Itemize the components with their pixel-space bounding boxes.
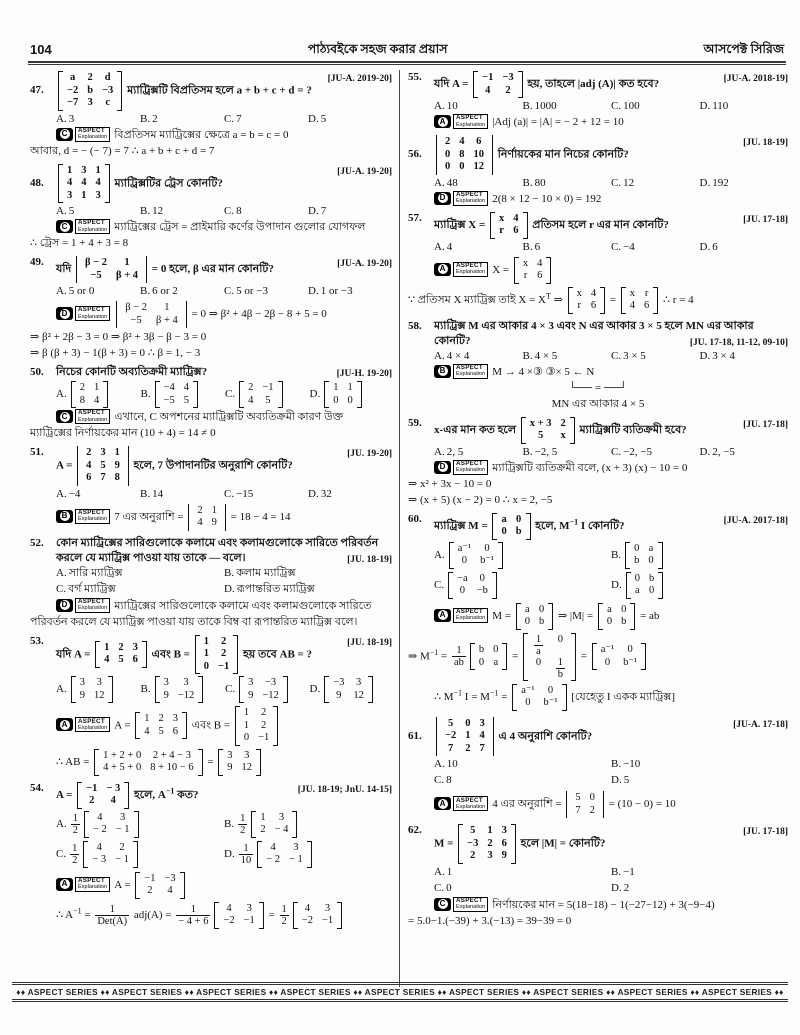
matrix-cell: 0 [627, 644, 632, 657]
matrix-cell: 0 [558, 634, 563, 657]
matrix-cells: 0ba0 [631, 572, 659, 599]
option-label: D. [308, 113, 319, 125]
fraction: 12 [238, 813, 247, 836]
option-label: A. [56, 488, 67, 500]
option-label: B. [523, 350, 533, 362]
answer-letter-icon: D [56, 307, 73, 320]
bracket-right [273, 706, 278, 746]
question-number: 57. [408, 211, 434, 226]
explanation-line: AASPECTExplanation|Adj (a)| = |A| = − 2 … [434, 115, 788, 130]
explanation-line: ∴ A−1 = 1Det(A) adj(A) = 1− 4 + 643−2−1 … [56, 901, 392, 930]
option-label: A. [434, 549, 445, 561]
matrix-cells: a⁻¹00b⁻¹ [517, 684, 561, 711]
option-C: C.100 [611, 99, 700, 114]
option-C: C.−4 [611, 240, 700, 255]
matrix-cell: 2 [118, 642, 123, 655]
header-right-title: আসপেক্ট সিরিজ [704, 42, 784, 57]
matrix-cell: − 1 [115, 854, 129, 867]
matrix: a⁻¹00b⁻¹ [512, 684, 566, 711]
aspect-explanation-label: ASPECTExplanation [453, 262, 488, 277]
matrix-cells: 43−2−1 [298, 902, 337, 929]
explanation-line: └── = ──┘ [408, 381, 788, 396]
matrix-cell: 4 + 5 + 0 [103, 762, 141, 775]
option-label: D. [700, 241, 711, 253]
option-label: C. [611, 350, 621, 362]
bracket-right [562, 684, 567, 711]
options-row: A.48B.80C.12D.192 [434, 176, 788, 191]
matrix-cell: β − 2 [85, 257, 107, 270]
answer-badge: AASPECTExplanation [434, 608, 488, 623]
fraction: 1ab [452, 645, 466, 668]
option-label: B. [611, 549, 621, 561]
aspect-explanation-label: ASPECTExplanation [75, 127, 110, 142]
answer-letter-icon: C [56, 128, 73, 141]
det-bar-left [116, 301, 117, 328]
option-C: C.3−39−12 [225, 675, 308, 704]
aspect-explanation-label: ASPECTExplanation [75, 598, 110, 613]
question-56: 56.24608100012 নির্ণায়কের মান নিচের কোন… [408, 134, 788, 207]
option-label: B. [523, 241, 533, 253]
bracket-right [546, 257, 551, 284]
option-label: A. [434, 100, 445, 112]
option-D: D.3 × 4 [700, 349, 789, 364]
matrix-cell: 0 [465, 718, 470, 731]
matrix-cell: 4 [94, 395, 99, 408]
matrix-cell: 7 [100, 472, 105, 485]
matrix-cell: a [493, 657, 498, 670]
matrix-cell: 3 [96, 190, 101, 203]
matrix: x4r6 [514, 257, 552, 284]
aspect-explanation-label: ASPECTExplanation [75, 509, 110, 524]
option-label: A. [56, 818, 67, 830]
question-51: 51.A = 231459678 হলে, 7 উপাদানটির অনুরাশ… [30, 445, 392, 532]
explanation-line: AASPECTExplanationA = 123456 এবং B = 121… [56, 705, 392, 747]
matrix-cells: b00a [475, 643, 503, 670]
bracket-right [600, 287, 605, 314]
matrix-cell: 10 [474, 149, 485, 162]
options-row: A.1243− 2− 1B.12132− 4C.1242− 3− 1D.1104… [56, 810, 392, 870]
answer-badge: CASPECTExplanation [434, 897, 488, 912]
determinant: β − 21−5β + 4 [76, 256, 147, 283]
matrix: 2184 [71, 381, 109, 408]
matrix-cell: 0 [445, 149, 450, 162]
question-reference: [JU. 17-18] [743, 825, 788, 840]
matrix-cell: −1 [86, 783, 97, 796]
matrix: 43− 2− 1 [84, 811, 139, 838]
question-reference: [JU-A. 2018-19] [724, 72, 788, 87]
answer-letter-icon: D [434, 192, 451, 205]
matrix-cell: 4 [96, 177, 101, 190]
explanation: CASPECTExplanationম্যাট্রিক্সের ট্রেস = … [56, 220, 392, 251]
bracket-right [283, 676, 288, 703]
option-B: B.4 × 5 [523, 349, 612, 364]
matrix-cell: 1 [487, 825, 492, 838]
matrix-cells: 123456 [140, 712, 182, 739]
option-D: D.7 [308, 204, 392, 219]
matrix-cell: 4 [97, 812, 102, 825]
option-C: C.8 [224, 204, 308, 219]
matrix: −a00−b [448, 572, 497, 599]
matrix: 3−39−12 [239, 676, 288, 703]
question-text: ম্যাট্রিক্স M = a00b হলে, M−1 I কোনটি? [… [434, 512, 788, 541]
matrix-cell: 2 [561, 418, 566, 431]
matrix-cell: 3 [325, 903, 330, 916]
aspect-explanation-label: ASPECTExplanation [453, 191, 488, 206]
matrix-cell: 1 [94, 382, 99, 395]
option-A: A.33912 [56, 675, 139, 704]
option-label: B. [224, 818, 234, 830]
question-number: 58. [408, 319, 434, 334]
explanation-line: AASPECTExplanation4 এর অনুরাশি = 5072 = … [434, 790, 788, 819]
answer-badge: CASPECTExplanation [56, 219, 110, 234]
explanation-line: ⇒ β (β + 3) − 1(β + 3) = 0 ∴ β = 1, − 3 [30, 346, 392, 361]
matrix-cell: b⁻¹ [623, 657, 637, 670]
answer-badge: AASPECTExplanation [434, 262, 488, 277]
option-label: D. [611, 774, 622, 786]
option-C: C.বর্গ ম্যাট্রিক্স [56, 582, 224, 597]
options-row: A.2, 5B.−2, 5C.−2, −5D.2, −5 [434, 445, 788, 460]
matrix-cell: 1 [104, 642, 109, 655]
matrix-cell: 0 [525, 616, 530, 629]
matrix-cell: 1 [164, 302, 169, 315]
matrix-cell: β + 4 [116, 270, 138, 283]
option-A: A.সারি ম্যাট্রিক্স [56, 566, 224, 581]
matrix-cell: d [105, 72, 111, 85]
explanation-line: DASPECTExplanationম্যাট্রিক্সটি ব্যতিক্র… [434, 461, 788, 476]
matrix-cell: 2 [505, 85, 510, 98]
matrix-cell: 0 [484, 543, 489, 556]
option-C: C.12 [611, 176, 700, 191]
explanation-line: AASPECTExplanationM = a00b ⇒ |M| = a00b … [434, 602, 788, 631]
explanation-line: DASPECTExplanation2(8 × 12 − 10 × 0) = 1… [434, 192, 788, 207]
matrix-cell: 3 [293, 842, 298, 855]
option-A: A.−4 [56, 487, 140, 502]
question-number: 48. [30, 176, 56, 191]
matrix: 339−12 [155, 676, 204, 703]
question-48: 48.131444313 ম্যাট্রিক্সটির ট্রেস কোনটি?… [30, 163, 392, 252]
matrix-cells: 12120−1 [200, 635, 233, 675]
matrix-cell: 6 [537, 270, 542, 283]
option-label: A. [56, 388, 67, 400]
option-label: C. [611, 177, 621, 189]
aspect-explanation-label: ASPECTExplanation [453, 114, 488, 129]
question-line: 55.যদি A = −1−342 হয়, তাহলে |adj (A)| ক… [408, 70, 788, 99]
matrix-cell: −2 [302, 915, 313, 928]
matrix-cell: 1 [244, 720, 249, 733]
matrix-cell: 4 [197, 517, 202, 530]
matrix-cell: −12 [262, 690, 278, 703]
explanation-line: ∴ AB = 1 + 2 + 02 + 4 − 34 + 5 + 08 + 10… [56, 748, 392, 777]
matrix-cells: 2184 [76, 381, 104, 408]
option-label: C. [434, 579, 444, 591]
option-label: B. [523, 100, 533, 112]
question-number: 53. [30, 634, 56, 649]
options-row: A.a⁻¹00b⁻¹B.0ab0C.−a00−bD.0ba0 [434, 541, 788, 601]
matrix-cells: xr46 [626, 287, 654, 314]
matrix-cell: a [70, 72, 75, 85]
matrix-cell: − 3 [106, 783, 120, 796]
option-B: B.339−12 [141, 675, 224, 704]
aspect-explanation-label: ASPECTExplanation [453, 897, 488, 912]
option-label: A. [434, 758, 445, 770]
option-D: D.5 [611, 773, 788, 788]
fraction: 110 [239, 843, 254, 866]
matrix-cell: 3 [120, 812, 125, 825]
option-label: D. [308, 285, 319, 297]
matrix: a⁻¹00b⁻¹ [449, 542, 503, 569]
matrix-cell: 2 [261, 720, 266, 733]
answer-letter-icon: D [434, 461, 451, 474]
question-text: 131444313 ম্যাট্রিক্সটির ট্রেস কোনটি? [J… [56, 163, 392, 205]
options-row: A.10B.−10C.8D.5 [434, 757, 788, 789]
aspect-explanation-label: ASPECTExplanation [75, 306, 110, 321]
matrix: 1 + 2 + 02 + 4 − 34 + 5 + 08 + 10 − 6 [94, 749, 202, 776]
matrix-cell: 3 [487, 850, 492, 863]
matrix-cell: 6 [591, 300, 596, 313]
option-label: B. [523, 177, 533, 189]
matrix-cells: 33912 [223, 749, 256, 776]
option-label: B. [140, 113, 150, 125]
matrix-cell: x [577, 288, 582, 301]
matrix-cell: 8 [80, 395, 85, 408]
matrix-cell: −1 [258, 732, 269, 745]
option-B: B.−2, 5 [523, 445, 612, 460]
matrix: 42− 3− 1 [83, 841, 138, 868]
bracket-right [193, 381, 198, 408]
matrix-cell: − 1 [289, 854, 303, 867]
matrix-cell: 0 [462, 555, 467, 568]
matrix-cell: 3 [164, 677, 169, 690]
page-header: 104 পাঠ্যবইকে সহজ করার প্রয়াস আসপেক্ট স… [30, 42, 784, 57]
option-B: B.0ab0 [611, 541, 788, 570]
question-reference: [JU-A. 19-20] [337, 165, 392, 180]
option-B: B.6 or 2 [140, 284, 224, 299]
explanation: AASPECTExplanation4 এর অনুরাশি = 5072 = … [434, 790, 788, 819]
matrix-cell: 9 [502, 850, 507, 863]
explanation: AASPECTExplanationA = −1−324∴ A−1 = 1Det… [56, 871, 392, 930]
explanation-line: CASPECTExplanationনির্ণায়কের মান = 5(18… [434, 898, 788, 913]
matrix-cell: − 1 [116, 824, 130, 837]
matrix-cell: − 2 [93, 824, 107, 837]
option-B: B.−10 [611, 757, 788, 772]
answer-letter-icon: A [434, 797, 451, 810]
question-reference: [JU. 18-19; JnU. 14-15] [298, 783, 392, 798]
bracket-right [142, 641, 147, 668]
option-C: C.−a00−b [434, 571, 611, 600]
explanation-line: ⇒ x² + 3x − 10 = 0 [408, 477, 788, 492]
question-60: 60.ম্যাট্রিক্স M = a00b হলে, M−1 I কোনটি… [408, 512, 788, 712]
option-C: C.1242− 3− 1 [56, 840, 224, 869]
matrix-cell: r [499, 225, 504, 238]
option-D: D.1 or −3 [308, 284, 392, 299]
matrix-cell: 0 [204, 661, 209, 674]
option-label: D. [700, 350, 711, 362]
question-55: 55.যদি A = −1−342 হয়, তাহলে |adj (A)| ক… [408, 70, 788, 130]
bracket-right [653, 287, 658, 314]
matrix-cell: −1 [262, 382, 273, 395]
aspect-explanation-label: ASPECTExplanation [453, 460, 488, 475]
answer-letter-icon: B [56, 510, 73, 523]
matrix-cell: b⁻¹ [480, 555, 494, 568]
fraction: 1− 4 + 6 [176, 904, 210, 927]
bracket-right [571, 633, 576, 681]
matrix-cells: 24608100012 [441, 135, 488, 175]
bracket-right [134, 811, 139, 838]
explanation-line: ∴ M−1 I = M−1 = a⁻¹00b⁻¹ [যেহেতু I একক ম… [434, 683, 788, 712]
matrix-cell: 2 [221, 648, 226, 661]
question-reference: [JU-A. 2017-18] [724, 514, 788, 529]
matrix-cell: 2 [470, 850, 475, 863]
matrix-cell: 2 [89, 795, 94, 808]
matrix: 513−326239 [458, 824, 516, 864]
question-number: 52. [30, 536, 56, 551]
option-label: A. [56, 683, 67, 695]
matrix-cells: β − 21−5β + 4 [81, 256, 142, 283]
question-line: 52.কোন ম্যাট্রিক্সের সারিগুলোকে কলামে এব… [30, 536, 392, 566]
question-line: 57.ম্যাট্রিক্স X = x4r6 প্রতিসম হলে r এর… [408, 211, 788, 240]
matrix-cell: −2 [445, 730, 456, 743]
option-label: C. [224, 205, 234, 217]
matrix-cell: 0 [493, 644, 498, 657]
bracket-right [492, 572, 497, 599]
matrix-cell: 1 [347, 382, 352, 395]
option-A: A.4 × 4 [434, 349, 523, 364]
option-B: B.12132− 4 [224, 810, 392, 839]
matrix-cell: 4 [248, 395, 253, 408]
matrix-cell: 12 [94, 690, 105, 703]
fraction: 1a [534, 634, 543, 657]
bracket-right [108, 676, 113, 703]
explanation: AASPECTExplanation|Adj (a)| = |A| = − 2 … [434, 115, 788, 130]
det-bar-right [492, 135, 493, 175]
option-label: C. [224, 488, 234, 500]
matrix-cells: x + 325x [526, 417, 570, 444]
question-number: 60. [408, 512, 434, 527]
explanation-line: = 5.0−1.(−39) + 3.(−13) = 39−39 = 0 [408, 914, 788, 929]
answer-letter-icon: D [56, 599, 73, 612]
matrix-cell: a [501, 514, 506, 527]
matrix-cell: −2 [67, 85, 78, 98]
matrix-cell: 5 [118, 654, 123, 667]
matrix-cell: 2 [80, 382, 85, 395]
option-D: D.110 [700, 99, 789, 114]
question-number: 59. [408, 416, 434, 431]
matrix-cell: b [516, 526, 522, 539]
bracket-right [518, 71, 523, 98]
matrix-cell: 4 [479, 730, 484, 743]
answer-letter-icon: B [434, 365, 451, 378]
bracket-right [523, 212, 528, 239]
matrix-cell: β − 2 [125, 302, 147, 315]
explanation: DASPECTExplanationβ − 21−5β + 4 = 0 ⇒ β²… [56, 300, 392, 361]
answer-badge: BASPECTExplanation [56, 509, 110, 524]
matrix-cell: 2 [119, 842, 124, 855]
determinant: 24608100012 [436, 135, 493, 175]
question-reference: [JU-H. 19-20] [337, 367, 392, 382]
matrix-cell: 4 [104, 654, 109, 667]
answer-letter-icon: C [56, 220, 73, 233]
option-C: C.−15 [224, 487, 308, 502]
matrix-cells: −1−342 [478, 71, 517, 98]
matrix-cell: 3 [133, 642, 138, 655]
option-A: A.2, 5 [434, 445, 523, 460]
question-61: 61.503−214727 এ 4 অনুরাশি কোনটি? [JU-A. … [408, 716, 788, 820]
bracket-right [256, 749, 261, 776]
answer-badge: AASPECTExplanation [56, 877, 110, 892]
options-row: A.1B.−1C.0D.2 [434, 865, 788, 897]
matrix-cell: 0 [460, 585, 465, 598]
option-label: C. [225, 683, 235, 695]
question-line: 61.503−214727 এ 4 অনুরাশি কোনটি? [JU-A. … [408, 716, 788, 758]
matrix-cell: 4 [226, 903, 231, 916]
question-57: 57.ম্যাট্রিক্স X = x4r6 প্রতিসম হলে r এর… [408, 211, 788, 315]
matrix-cell: 0 [445, 161, 450, 174]
option-label: D. [308, 488, 319, 500]
explanation: DASPECTExplanationম্যাট্রিক্সটি ব্যতিক্র… [434, 461, 788, 508]
option-C: C.5 or −3 [224, 284, 308, 299]
question-number: 51. [30, 445, 56, 460]
bracket-right [307, 841, 312, 868]
bracket-right [105, 164, 110, 204]
option-D: D.192 [700, 176, 789, 191]
fraction: 12 [71, 813, 80, 836]
explanation-line: ∵ প্রতিসম X ম্যাট্রিক্স তাই X = XT ⇒ x4r… [408, 286, 788, 315]
matrix-cells: β − 21−5β + 4 [121, 301, 182, 328]
det-bar-left [436, 717, 437, 757]
matrix-cell: 1 [144, 713, 149, 726]
matrix-cell: 0 [536, 657, 541, 680]
determinant: 2149 [188, 504, 226, 531]
explanation: CASPECTExplanationএখানে, C অপশনের ম্যাট্… [56, 410, 392, 441]
option-label: D. [700, 446, 711, 458]
question-reference: [JU-A. 17-18] [733, 718, 788, 733]
matrix-cell: x + 3 [530, 418, 552, 431]
answer-letter-icon: A [56, 718, 73, 731]
matrix-cell: r [577, 300, 581, 313]
matrix: −1− 324 [77, 782, 129, 809]
option-label: D. [224, 848, 235, 860]
explanation-line: AASPECTExplanationA = −1−324 [56, 871, 392, 900]
matrix-cells: x4r6 [519, 257, 547, 284]
option-label: D. [310, 683, 321, 695]
matrix-cell: 3 [247, 903, 252, 916]
matrix-cell: 1 [244, 707, 249, 720]
option-label: B. [611, 866, 621, 878]
matrix-cell: 3 [502, 825, 507, 838]
question-text: যদি A = 123456 এবং B = 12120−1 হয় তবে A… [56, 634, 392, 676]
question-reference: [JU. 17-18, 11-12, 09-10] [690, 336, 788, 351]
matrix-cell: 9 [80, 690, 85, 703]
matrix-cell: 12 [242, 762, 253, 775]
matrix-cells: −1−324 [140, 872, 179, 899]
matrix-cell: 2 [590, 805, 595, 818]
option-D: D.11043− 2− 1 [224, 840, 392, 869]
matrix-cell: 0 [479, 657, 484, 670]
matrix: x4r6 [490, 212, 528, 239]
matrix-cells: a00b [521, 603, 549, 630]
matrix: 33912 [218, 749, 261, 776]
option-C: C.7 [224, 112, 308, 127]
matrix: 0ab0 [625, 542, 663, 569]
explanation-line: BASPECTExplanationM → 4 ×③ ③× 5 ← N [434, 365, 788, 380]
options-row: A.3B.2C.7D.5 [56, 112, 392, 127]
matrix-cell: 2 [248, 382, 253, 395]
question-53: 53.যদি A = 123456 এবং B = 12120−1 হয় তব… [30, 634, 392, 777]
matrix-cells: 12120−1 [240, 706, 273, 746]
question-text: M = 513−326239 হলে |M| = কোনটি? [JU. 17-… [434, 823, 788, 865]
question-text: নিচের কোনটি অব্যতিক্রমী ম্যাট্রিক্স? [JU… [56, 365, 392, 380]
matrix: 43−2−1 [214, 902, 263, 929]
